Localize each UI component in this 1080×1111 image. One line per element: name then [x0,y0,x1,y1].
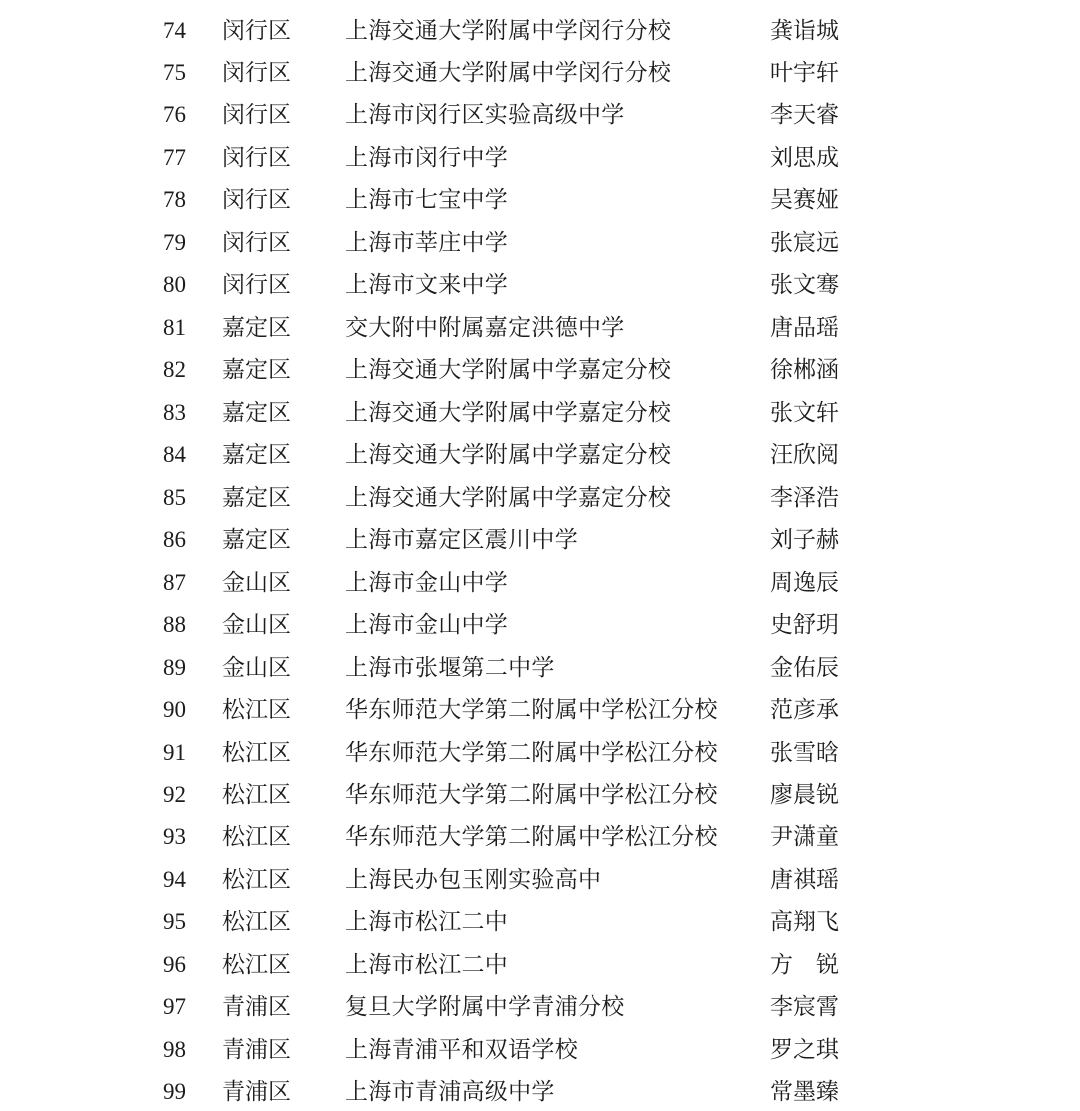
row-number: 78 [163,188,222,211]
student-name-cell: 李天睿 [770,103,890,126]
student-name-cell: 唐祺瑶 [770,868,890,891]
district-cell: 闵行区 [222,273,345,296]
row-number: 81 [163,316,222,339]
school-cell: 上海交通大学附属中学嘉定分校 [345,401,770,424]
district-cell: 嘉定区 [222,528,345,551]
student-name-cell: 张雪晗 [770,741,890,764]
student-name-cell: 张宸远 [770,231,890,254]
student-name-cell: 叶宇轩 [770,61,890,84]
table-row: 99 青浦区 上海市青浦高级中学 常墨臻 [0,1071,1080,1111]
school-cell: 上海市松江二中 [345,910,770,933]
school-cell: 上海市闵行中学 [345,146,770,169]
student-name-cell: 唐品瑶 [770,316,890,339]
school-cell: 上海市嘉定区震川中学 [345,528,770,551]
row-number: 95 [163,910,222,933]
school-cell: 上海交通大学附属中学嘉定分校 [345,358,770,381]
school-cell: 上海市金山中学 [345,571,770,594]
student-name-cell: 常墨臻 [770,1080,890,1103]
district-cell: 金山区 [222,613,345,636]
row-number: 80 [163,273,222,296]
student-name-cell: 高翔飞 [770,910,890,933]
table-row: 94 松江区 上海民办包玉刚实验高中 唐祺瑶 [0,858,1080,900]
student-name-cell: 周逸辰 [770,571,890,594]
student-name-cell: 张文轩 [770,401,890,424]
row-number: 98 [163,1038,222,1061]
document-page: 74 闵行区 上海交通大学附属中学闵行分校 龚诣城 75 闵行区 上海交通大学附… [0,0,1080,1111]
row-number: 85 [163,486,222,509]
row-number: 74 [163,19,222,42]
row-number: 96 [163,953,222,976]
district-cell: 青浦区 [222,1080,345,1103]
school-cell: 华东师范大学第二附属中学松江分校 [345,783,770,806]
table-row: 84 嘉定区 上海交通大学附属中学嘉定分校 汪欣阅 [0,433,1080,475]
student-name-cell: 刘思成 [770,146,890,169]
student-name-cell: 方 锐 [770,953,890,976]
district-cell: 嘉定区 [222,401,345,424]
district-cell: 金山区 [222,656,345,679]
student-name-cell: 汪欣阅 [770,443,890,466]
row-number: 75 [163,61,222,84]
row-number: 91 [163,741,222,764]
school-cell: 华东师范大学第二附属中学松江分校 [345,741,770,764]
row-number: 92 [163,783,222,806]
table-row: 98 青浦区 上海青浦平和双语学校 罗之琪 [0,1028,1080,1070]
school-cell: 上海市松江二中 [345,953,770,976]
district-cell: 松江区 [222,783,345,806]
district-cell: 松江区 [222,953,345,976]
table-row: 83 嘉定区 上海交通大学附属中学嘉定分校 张文轩 [0,391,1080,433]
school-cell: 华东师范大学第二附属中学松江分校 [345,825,770,848]
student-name-cell: 龚诣城 [770,19,890,42]
student-name-cell: 刘子赫 [770,528,890,551]
student-name-cell: 史舒玥 [770,613,890,636]
district-cell: 闵行区 [222,146,345,169]
table-row: 87 金山区 上海市金山中学 周逸辰 [0,561,1080,603]
student-name-cell: 廖晨锐 [770,783,890,806]
district-cell: 松江区 [222,698,345,721]
student-name-cell: 李泽浩 [770,486,890,509]
table-row: 96 松江区 上海市松江二中 方 锐 [0,943,1080,985]
school-cell: 上海市闵行区实验高级中学 [345,103,770,126]
table-row: 88 金山区 上海市金山中学 史舒玥 [0,603,1080,645]
district-cell: 金山区 [222,571,345,594]
table-row: 92 松江区 华东师范大学第二附属中学松江分校 廖晨锐 [0,773,1080,815]
school-cell: 上海民办包玉刚实验高中 [345,868,770,891]
table-row: 89 金山区 上海市张堰第二中学 金佑辰 [0,646,1080,688]
row-number: 79 [163,231,222,254]
row-number: 89 [163,656,222,679]
row-number: 82 [163,358,222,381]
school-cell: 上海交通大学附属中学嘉定分校 [345,443,770,466]
student-name-cell: 李宸霄 [770,995,890,1018]
school-cell: 上海交通大学附属中学闵行分校 [345,61,770,84]
table-row: 86 嘉定区 上海市嘉定区震川中学 刘子赫 [0,518,1080,560]
table-row: 93 松江区 华东师范大学第二附属中学松江分校 尹潇童 [0,816,1080,858]
district-cell: 松江区 [222,910,345,933]
district-cell: 青浦区 [222,995,345,1018]
student-list-table: 74 闵行区 上海交通大学附属中学闵行分校 龚诣城 75 闵行区 上海交通大学附… [0,9,1080,1111]
student-name-cell: 徐郴涵 [770,358,890,381]
row-number: 97 [163,995,222,1018]
school-cell: 华东师范大学第二附属中学松江分校 [345,698,770,721]
school-cell: 上海市文来中学 [345,273,770,296]
school-cell: 上海市张堰第二中学 [345,656,770,679]
school-cell: 上海市金山中学 [345,613,770,636]
school-cell: 上海市莘庄中学 [345,231,770,254]
row-number: 76 [163,103,222,126]
school-cell: 交大附中附属嘉定洪德中学 [345,316,770,339]
district-cell: 松江区 [222,868,345,891]
student-name-cell: 范彦承 [770,698,890,721]
district-cell: 闵行区 [222,61,345,84]
district-cell: 闵行区 [222,19,345,42]
table-row: 75 闵行区 上海交通大学附属中学闵行分校 叶宇轩 [0,51,1080,93]
district-cell: 闵行区 [222,188,345,211]
district-cell: 嘉定区 [222,316,345,339]
table-row: 81 嘉定区 交大附中附属嘉定洪德中学 唐品瑶 [0,306,1080,348]
district-cell: 松江区 [222,825,345,848]
table-row: 85 嘉定区 上海交通大学附属中学嘉定分校 李泽浩 [0,476,1080,518]
row-number: 90 [163,698,222,721]
table-row: 80 闵行区 上海市文来中学 张文骞 [0,264,1080,306]
district-cell: 闵行区 [222,231,345,254]
school-cell: 上海青浦平和双语学校 [345,1038,770,1061]
table-row: 97 青浦区 复旦大学附属中学青浦分校 李宸霄 [0,986,1080,1028]
district-cell: 松江区 [222,741,345,764]
row-number: 83 [163,401,222,424]
table-row: 95 松江区 上海市松江二中 高翔飞 [0,901,1080,943]
district-cell: 闵行区 [222,103,345,126]
row-number: 99 [163,1080,222,1103]
student-name-cell: 尹潇童 [770,825,890,848]
row-number: 94 [163,868,222,891]
district-cell: 嘉定区 [222,358,345,381]
student-name-cell: 金佑辰 [770,656,890,679]
district-cell: 嘉定区 [222,486,345,509]
table-row: 74 闵行区 上海交通大学附属中学闵行分校 龚诣城 [0,9,1080,51]
school-cell: 上海交通大学附属中学闵行分校 [345,19,770,42]
table-row: 78 闵行区 上海市七宝中学 吴赛娅 [0,179,1080,221]
school-cell: 上海市七宝中学 [345,188,770,211]
school-cell: 上海市青浦高级中学 [345,1080,770,1103]
school-cell: 复旦大学附属中学青浦分校 [345,995,770,1018]
row-number: 88 [163,613,222,636]
row-number: 77 [163,146,222,169]
row-number: 87 [163,571,222,594]
table-row: 76 闵行区 上海市闵行区实验高级中学 李天睿 [0,94,1080,136]
row-number: 93 [163,825,222,848]
district-cell: 嘉定区 [222,443,345,466]
student-name-cell: 吴赛娅 [770,188,890,211]
table-row: 79 闵行区 上海市莘庄中学 张宸远 [0,221,1080,263]
table-row: 82 嘉定区 上海交通大学附属中学嘉定分校 徐郴涵 [0,349,1080,391]
district-cell: 青浦区 [222,1038,345,1061]
student-name-cell: 张文骞 [770,273,890,296]
school-cell: 上海交通大学附属中学嘉定分校 [345,486,770,509]
row-number: 84 [163,443,222,466]
table-row: 91 松江区 华东师范大学第二附属中学松江分校 张雪晗 [0,731,1080,773]
table-row: 90 松江区 华东师范大学第二附属中学松江分校 范彦承 [0,688,1080,730]
table-row: 77 闵行区 上海市闵行中学 刘思成 [0,136,1080,178]
row-number: 86 [163,528,222,551]
student-name-cell: 罗之琪 [770,1038,890,1061]
